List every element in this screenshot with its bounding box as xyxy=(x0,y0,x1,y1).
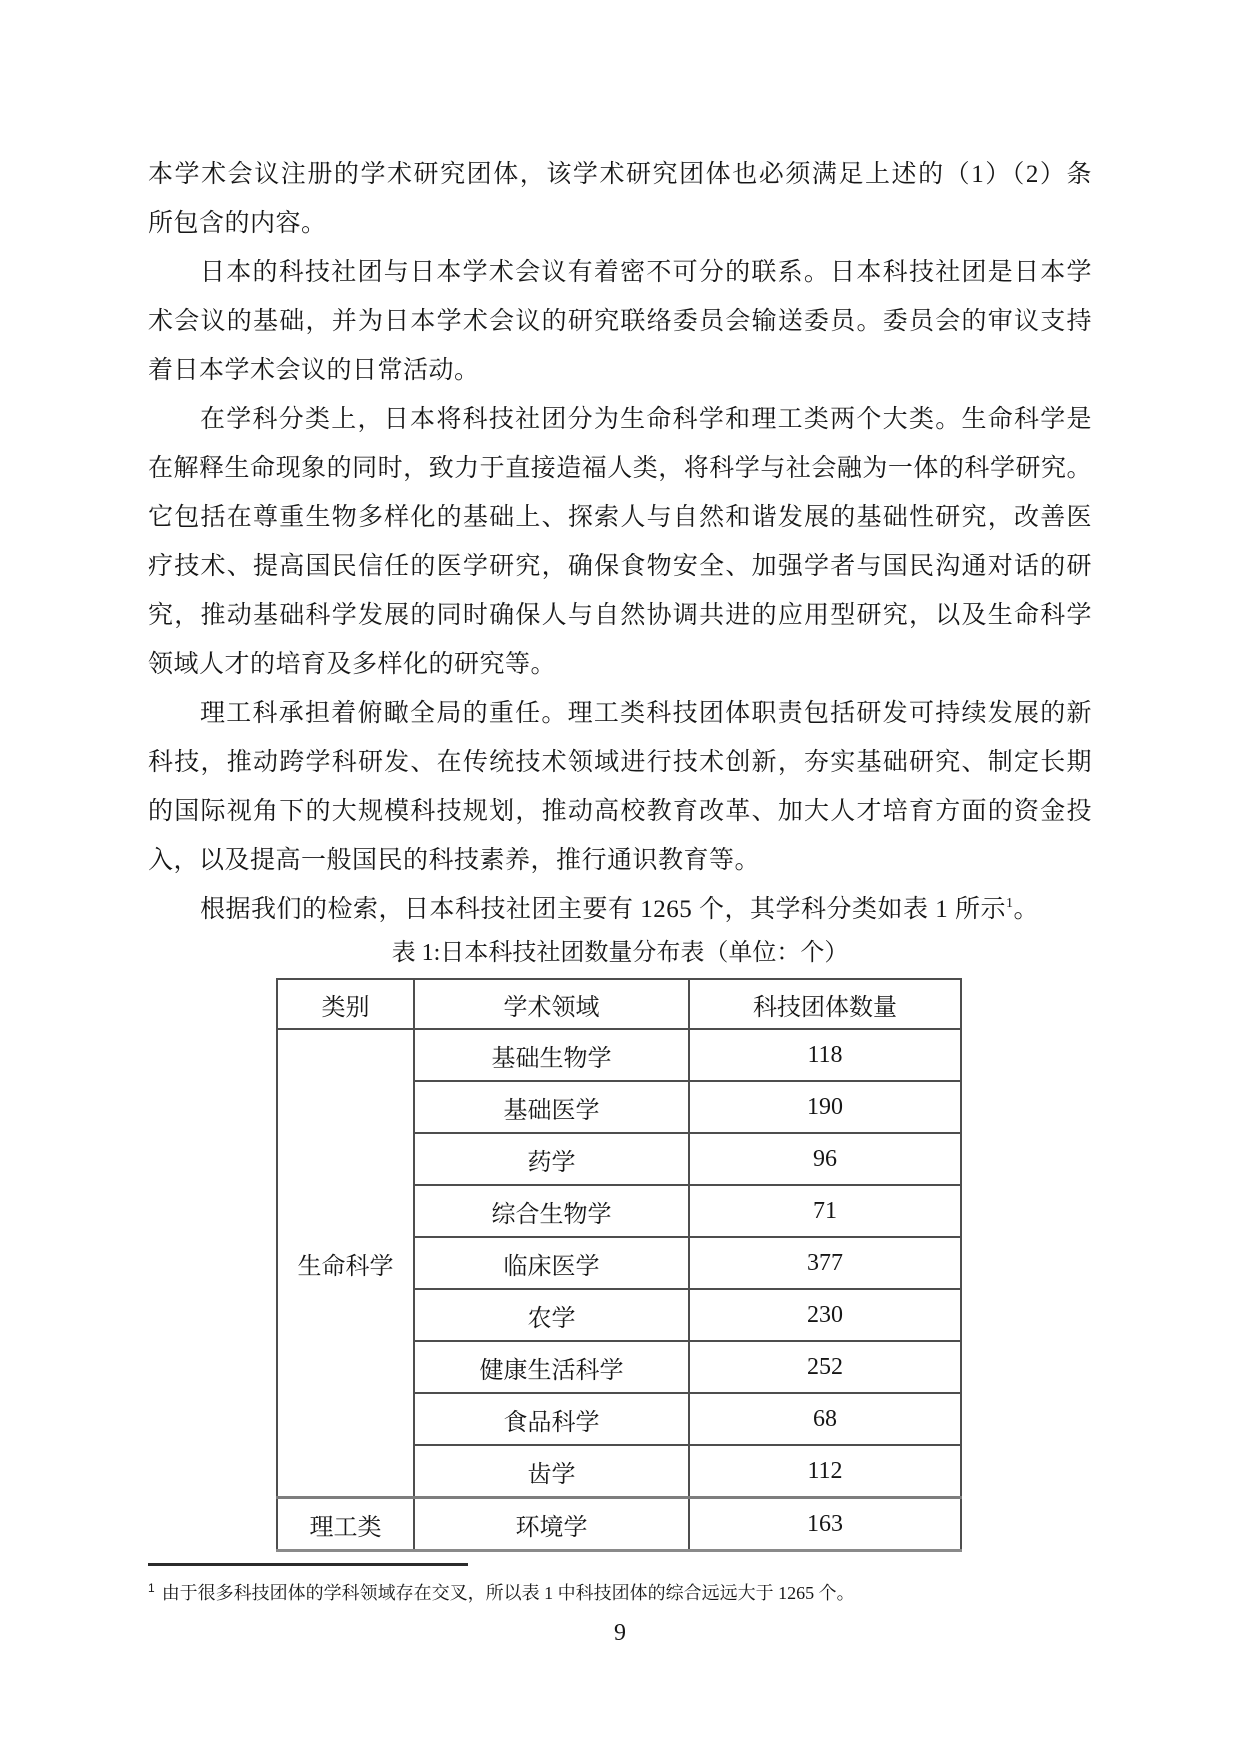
paragraph-line: 究，推动基础科学发展的同时确保人与自然协调共进的应用型研究，以及生命科学 xyxy=(148,591,1092,640)
paragraph-line: 在解释生命现象的同时，致力于直接造福人类，将科学与社会融为一体的科学研究。 xyxy=(148,444,1092,493)
field-cell: 基础生物学 xyxy=(414,1029,689,1081)
field-cell: 食品科学 xyxy=(414,1393,689,1445)
table-row: 理工类环境学163 xyxy=(277,1498,961,1551)
table-header-cell: 类别 xyxy=(277,979,414,1029)
paragraph-line: 根据我们的检索，日本科技社团主要有 1265 个，其学科分类如表 1 所示1。 xyxy=(148,885,1092,934)
table-row: 生命科学基础生物学118 xyxy=(277,1029,961,1081)
paragraph-line: 科技，推动跨学科研发、在传统技术领域进行技术创新，夯实基础研究、制定长期 xyxy=(148,738,1092,787)
count-cell: 118 xyxy=(689,1029,961,1081)
footnote: 1由于很多科技团体的学科领域存在交叉，所以表 1 中科技团体的综合远远大于 12… xyxy=(148,1574,1138,1607)
footnote-reference: 1 xyxy=(1006,896,1014,911)
paragraph-line: 日本的科技社团与日本学术会议有着密不可分的联系。日本科技社团是日本学 xyxy=(148,248,1092,297)
count-cell: 252 xyxy=(689,1341,961,1393)
field-cell: 基础医学 xyxy=(414,1081,689,1133)
count-cell: 96 xyxy=(689,1133,961,1185)
category-cell: 生命科学 xyxy=(277,1029,414,1498)
category-cell: 理工类 xyxy=(277,1498,414,1551)
field-cell: 健康生活科学 xyxy=(414,1341,689,1393)
paragraph-line: 它包括在尊重生物多样化的基础上、探索人与自然和谐发展的基础性研究，改善医 xyxy=(148,493,1092,542)
paragraph-line: 领域人才的培育及多样化的研究等。 xyxy=(148,640,1092,689)
footnote-text: 由于很多科技团体的学科领域存在交叉，所以表 1 中科技团体的综合远远大于 126… xyxy=(162,1583,855,1603)
paragraph-line: 着日本学术会议的日常活动。 xyxy=(148,346,1092,395)
table-header-cell: 学术领域 xyxy=(414,979,689,1029)
count-cell: 377 xyxy=(689,1237,961,1289)
field-cell: 农学 xyxy=(414,1289,689,1341)
paragraph-line: 术会议的基础，并为日本学术会议的研究联络委员会输送委员。委员会的审议支持 xyxy=(148,297,1092,346)
table-header-cell: 科技团体数量 xyxy=(689,979,961,1029)
footnote-separator xyxy=(148,1563,468,1566)
paragraph-line: 理工科承担着俯瞰全局的重任。理工类科技团体职责包括研发可持续发展的新 xyxy=(148,689,1092,738)
count-cell: 190 xyxy=(689,1081,961,1133)
paragraphs: 本学术会议注册的学术研究团体，该学术研究团体也必须满足上述的（1）（2）条所包含… xyxy=(148,150,1092,885)
body-text-run: 。 xyxy=(1014,896,1040,923)
page-number: 9 xyxy=(0,1620,1240,1647)
society-count-table: 类别学术领域科技团体数量 生命科学基础生物学118基础医学190药学96综合生物… xyxy=(276,978,962,1552)
field-cell: 综合生物学 xyxy=(414,1185,689,1237)
field-cell: 齿学 xyxy=(414,1445,689,1498)
paragraph-line: 所包含的内容。 xyxy=(148,199,1092,248)
paragraph-line: 在学科分类上，日本将科技社团分为生命科学和理工类两个大类。生命科学是 xyxy=(148,395,1092,444)
table-header-row: 类别学术领域科技团体数量 xyxy=(277,979,961,1029)
count-cell: 230 xyxy=(689,1289,961,1341)
table-caption: 表 1:日本科技社团数量分布表（单位：个） xyxy=(0,930,1240,976)
footnote-marker: 1 xyxy=(148,1581,162,1595)
count-cell: 163 xyxy=(689,1498,961,1551)
count-cell: 71 xyxy=(689,1185,961,1237)
field-cell: 药学 xyxy=(414,1133,689,1185)
body-text-run: 根据我们的检索，日本科技社团主要有 1265 个，其学科分类如表 1 所示 xyxy=(200,896,1006,923)
paragraph-line: 的国际视角下的大规模科技规划，推动高校教育改革、加大人才培育方面的资金投 xyxy=(148,787,1092,836)
field-cell: 环境学 xyxy=(414,1498,689,1551)
body-text: 本学术会议注册的学术研究团体，该学术研究团体也必须满足上述的（1）（2）条所包含… xyxy=(148,150,1092,934)
field-cell: 临床医学 xyxy=(414,1237,689,1289)
paragraph-line: 疗技术、提高国民信任的医学研究，确保食物安全、加强学者与国民沟通对话的研 xyxy=(148,542,1092,591)
paragraph-line: 入，以及提高一般国民的科技素养，推行通识教育等。 xyxy=(148,836,1092,885)
document-page: 本学术会议注册的学术研究团体，该学术研究团体也必须满足上述的（1）（2）条所包含… xyxy=(0,0,1240,1753)
count-cell: 68 xyxy=(689,1393,961,1445)
paragraph-line: 本学术会议注册的学术研究团体，该学术研究团体也必须满足上述的（1）（2）条 xyxy=(148,150,1092,199)
count-cell: 112 xyxy=(689,1445,961,1498)
